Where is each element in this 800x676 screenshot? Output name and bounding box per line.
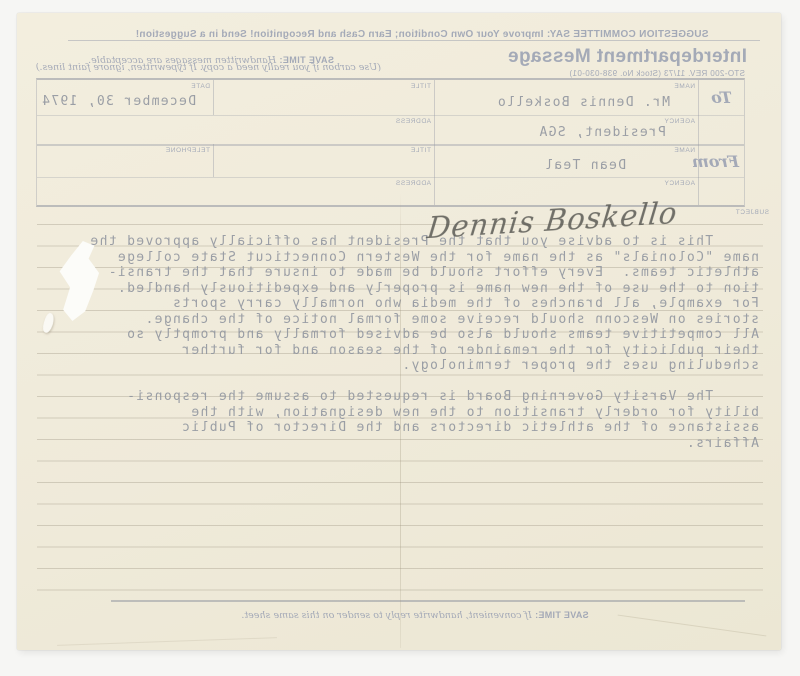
typed-line: tion to the use of the new name is prope… — [89, 281, 759, 297]
save-time-note: (Use carbon if you really need a copy. I… — [51, 62, 381, 73]
from-agency-label: AGENCY — [664, 180, 695, 187]
typed-line: scheduling uses the proper terminology. — [89, 358, 759, 374]
grid-column-line — [213, 80, 214, 115]
grid-row-line — [37, 115, 744, 116]
grid-column-line — [698, 80, 699, 205]
footer-rule — [111, 600, 745, 602]
to-title-label: TITLE — [410, 83, 431, 90]
from-name-label: NAME — [674, 147, 695, 154]
to-label: To — [711, 88, 732, 107]
from-address-label: ADDRESS — [395, 180, 431, 187]
suggestion-banner: SUGGESTION COMMITTEE SAY: Improve Your O… — [97, 29, 747, 40]
from-label: From — [692, 152, 739, 171]
form-number: STO-200 REV. 11/73 (Stock No. 938-030-01… — [569, 69, 745, 78]
to-address-label: ADDRESS — [395, 118, 431, 125]
typed-line: athletic teams. Every effort should be m… — [89, 265, 759, 281]
footer-note: SAVE TIME: If convenient, handwrite repl… — [85, 605, 745, 623]
to-date-value: December 30, 1974 — [41, 94, 196, 109]
to-agency-label: AGENCY — [664, 118, 695, 125]
typed-line: All competitive teams should also be adv… — [89, 327, 759, 343]
to-agency-value: President, SGA — [538, 125, 666, 140]
body-paragraph-2: The Varsity Governing Board is requested… — [89, 389, 759, 451]
grid-column-line — [434, 80, 435, 205]
grid-column-line — [213, 144, 214, 177]
banner-underline — [68, 40, 760, 41]
typed-line: name "Colonials" as the name for the Wes… — [89, 250, 759, 266]
from-telephone-label: TELEPHONE — [165, 147, 210, 154]
to-name-label: NAME — [674, 83, 695, 90]
footer-save-time-text: If convenient, handwrite reply to sender… — [241, 610, 534, 621]
grid-row-line — [37, 177, 744, 178]
typed-line: The Varsity Governing Board is requested… — [89, 389, 759, 405]
vertical-fold-crease — [400, 193, 401, 648]
typed-line: their publicity for the remainder of the… — [89, 343, 759, 359]
typed-line: stories on Wesconn should receive some f… — [89, 312, 759, 328]
to-name-value: Mr. Dennis Boskello — [497, 95, 670, 110]
bleed-through-layer: SUGGESTION COMMITTEE SAY: Improve Your O… — [17, 13, 781, 650]
footer-save-time-label: SAVE TIME: — [535, 610, 589, 620]
message-body: This is to advise you that the President… — [89, 234, 759, 467]
body-paragraph-1: This is to advise you that the President… — [89, 234, 759, 374]
typed-line: This is to advise you that the President… — [89, 234, 759, 250]
typed-line: bility for orderly transition to the new… — [89, 405, 759, 421]
grid-row-line — [37, 144, 744, 146]
typed-line: For example, all branches of the media w… — [89, 296, 759, 312]
document-sheet: SUGGESTION COMMITTEE SAY: Improve Your O… — [17, 13, 781, 650]
from-name-value: Dean Teal — [544, 158, 626, 173]
from-title-label: TITLE — [410, 147, 431, 154]
typed-line: assistance of the athletic directors and… — [89, 420, 759, 436]
typed-line: Affairs. — [89, 436, 759, 452]
to-date-label: DATE — [191, 83, 210, 90]
scan-background: { "page": { "background": "#f6f6f4", "pa… — [0, 0, 800, 676]
form-title: Interdepartment Message — [508, 46, 747, 68]
message-grid: To From NAME TITLE DATE AGENCY ADDRESS N… — [36, 78, 745, 207]
